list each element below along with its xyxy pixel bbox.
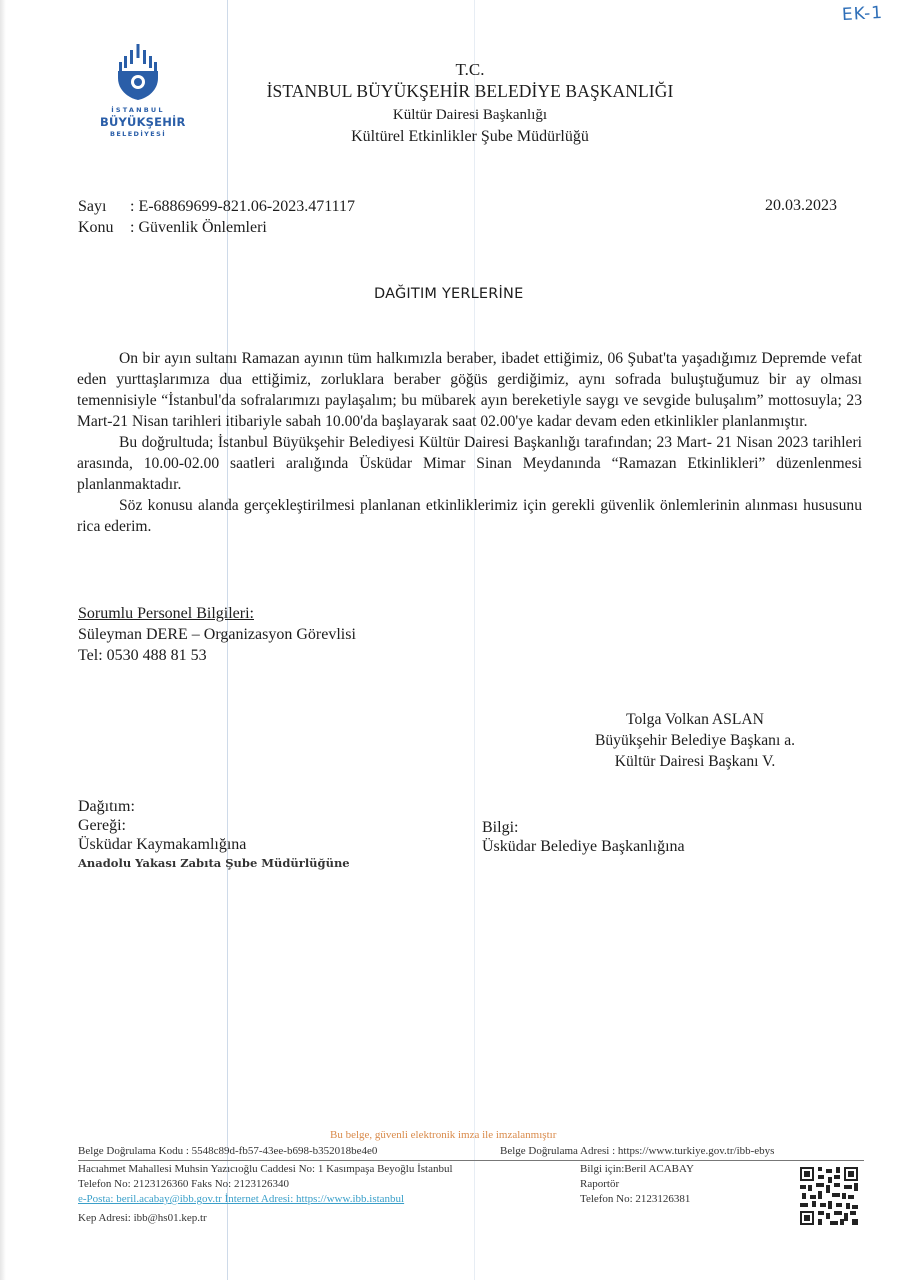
signer-name: Tolga Volkan ASLAN: [550, 709, 840, 730]
info-phone: Telefon No: 2123126381: [580, 1192, 694, 1207]
subject-value: : Güvenlik Önlemleri: [130, 219, 267, 236]
distribution-label: Dağıtım:: [78, 797, 350, 816]
document-subject: Konu: Güvenlik Önlemleri: [78, 219, 267, 237]
header-unit: Kültürel Etkinlikler Şube Müdürlüğü: [250, 128, 690, 146]
info-contact: Bilgi için:Beril ACABAY: [580, 1162, 694, 1177]
info-recipient: Üsküdar Belediye Başkanlığına: [482, 837, 685, 856]
logo-line-1: İSTANBUL: [100, 106, 176, 114]
esign-notice: Bu belge, güvenli elektronik imza ile im…: [330, 1129, 556, 1141]
contact-person: Süleyman DERE – Organizasyon Görevlisi: [78, 624, 356, 645]
logo-line-2: BÜYÜKŞEHİR: [100, 115, 176, 129]
ibb-emblem-icon: [116, 44, 160, 100]
scan-edge: [0, 0, 6, 1280]
logo-line-3: BELEDİYESİ: [100, 130, 176, 138]
number-label: Sayı: [78, 198, 130, 216]
ibb-logo: İSTANBUL BÜYÜKŞEHİR BELEDİYESİ: [100, 44, 176, 138]
signature-block: Tolga Volkan ASLAN Büyükşehir Belediye B…: [550, 709, 840, 772]
body-paragraph: On bir ayın sultanı Ramazan ayının tüm h…: [77, 348, 862, 432]
contact-heading: Sorumlu Personel Bilgileri:: [78, 603, 356, 624]
body-paragraph: Bu doğrultuda; İstanbul Büyükşehir Beled…: [77, 432, 862, 495]
number-value: : E-68869699-821.06-2023.471117: [130, 198, 355, 215]
responsible-personnel: Sorumlu Personel Bilgileri: Süleyman DER…: [78, 603, 356, 666]
verification-address[interactable]: Belge Doğrulama Adresi : https://www.tur…: [500, 1145, 774, 1157]
info-role: Raportör: [580, 1177, 694, 1192]
action-recipient: Anadolu Yakası Zabıta Şube Müdürlüğüne: [78, 854, 350, 873]
action-recipient: Üsküdar Kaymakamlığına: [78, 835, 350, 854]
header-institution: İSTANBUL BÜYÜKŞEHİR BELEDİYE BAŞKANLIĞI: [250, 81, 690, 102]
header-department: Kültür Dairesi Başkanlığı: [250, 107, 690, 124]
document-number: Sayı: E-68869699-821.06-2023.471117: [78, 198, 355, 216]
subject-label: Konu: [78, 219, 130, 237]
footer-email-web-link[interactable]: e-Posta: beril.acabay@ibb.gov.tr İnterne…: [78, 1192, 453, 1207]
verification-row: Belge Doğrulama Kodu : 5548c89d-fb57-43e…: [78, 1145, 866, 1157]
signer-title-1: Büyükşehir Belediye Başkanı a.: [550, 730, 840, 751]
signer-title-2: Kültür Dairesi Başkanı V.: [550, 751, 840, 772]
body-paragraph: Söz konusu alanda gerçekleştirilmesi pla…: [77, 495, 862, 537]
verification-code: Belge Doğrulama Kodu : 5548c89d-fb57-43e…: [78, 1145, 377, 1157]
scan-artifact-line: [474, 0, 475, 1280]
distribution-list: Dağıtım: Gereği: Üsküdar Kaymakamlığına …: [78, 797, 350, 873]
footer-address: Hacıahmet Mahallesi Muhsin Yazıcıoğlu Ca…: [78, 1162, 453, 1177]
footer-phone-fax: Telefon No: 2123126360 Faks No: 21231263…: [78, 1177, 453, 1192]
distribution-title: DAĞITIM YERLERİNE: [374, 286, 523, 302]
letter-body: On bir ayın sultanı Ramazan ayının tüm h…: [77, 348, 862, 537]
footer-kep: Kep Adresi: ibb@hs01.kep.tr: [78, 1211, 453, 1226]
footer-info-block: Bilgi için:Beril ACABAY Raportör Telefon…: [580, 1162, 694, 1207]
action-label: Gereği:: [78, 816, 350, 835]
contact-phone: Tel: 0530 488 81 53: [78, 645, 356, 666]
info-list: Bilgi: Üsküdar Belediye Başkanlığına: [482, 818, 685, 856]
footer-divider: [78, 1160, 864, 1161]
qr-code-icon: [800, 1167, 858, 1225]
header-tc: T.C.: [250, 60, 690, 80]
handwritten-annotation: EK-1: [842, 3, 884, 25]
info-label: Bilgi:: [482, 818, 685, 837]
footer-address-block: Hacıahmet Mahallesi Muhsin Yazıcıoğlu Ca…: [78, 1162, 453, 1226]
document-date: 20.03.2023: [765, 197, 837, 215]
